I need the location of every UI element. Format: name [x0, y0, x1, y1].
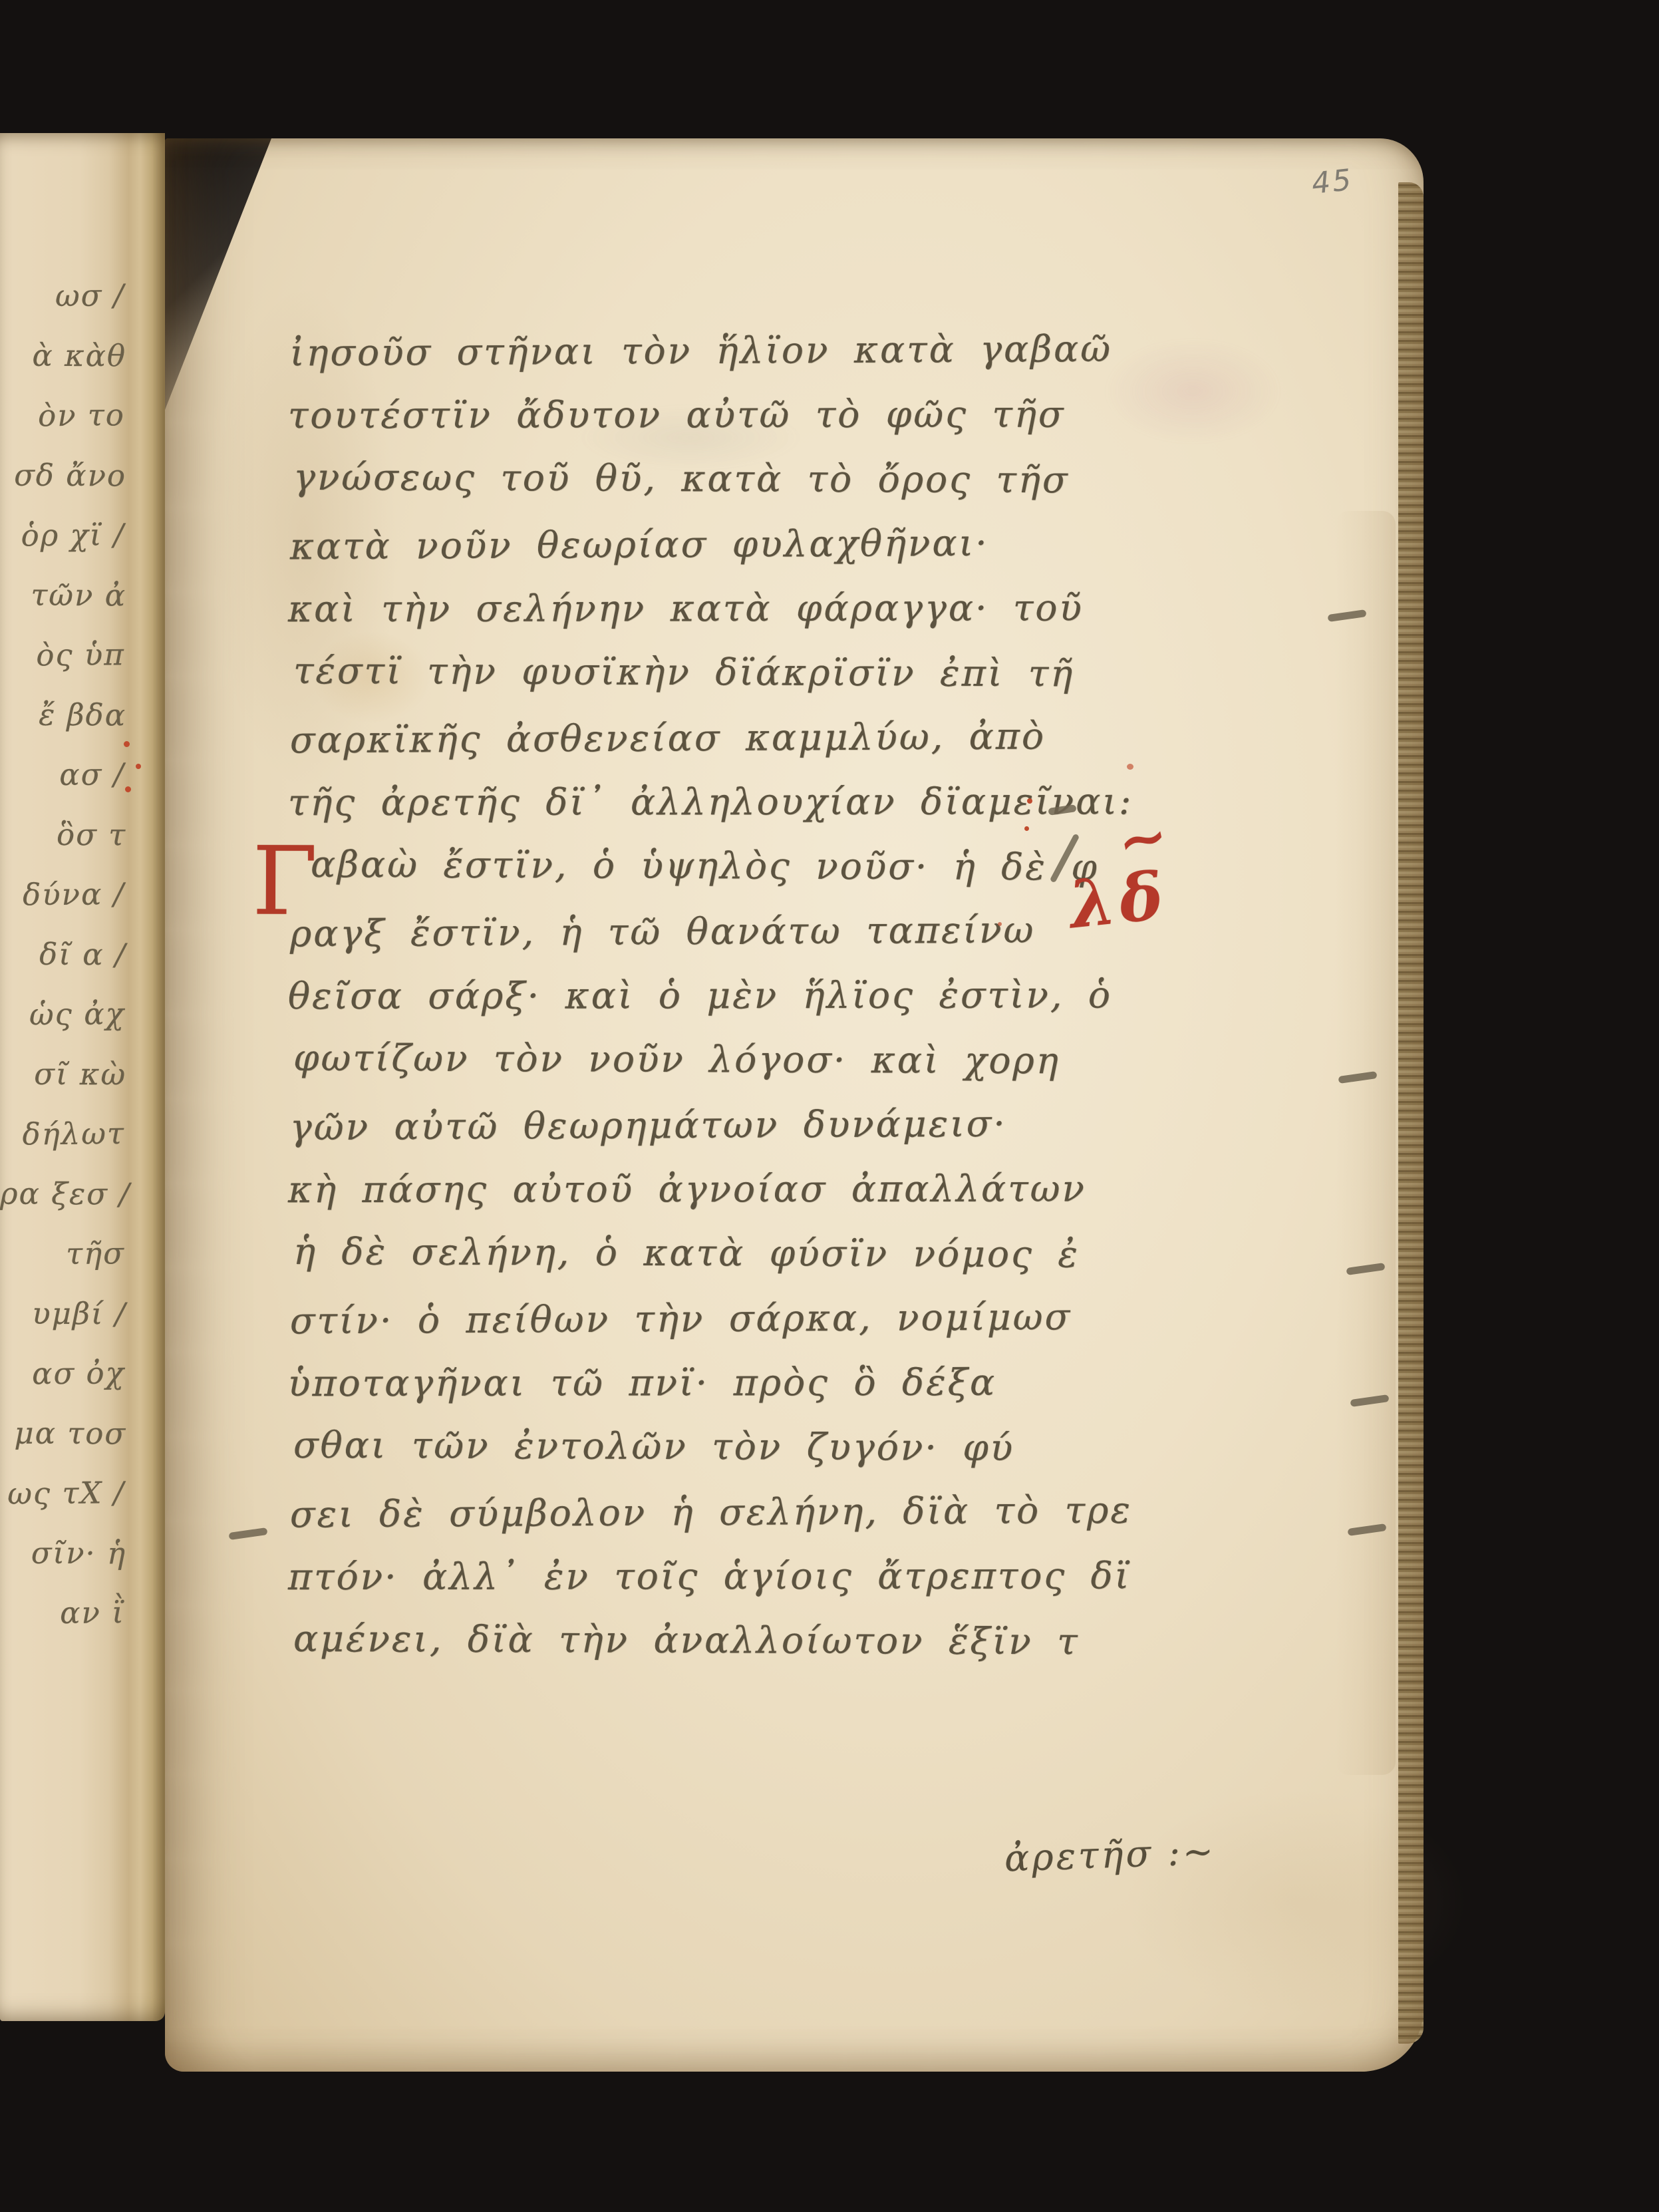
chapter-closing-flourish: ἀρετῆσ :~	[1004, 1829, 1217, 1879]
manuscript-page: ἰησοῦσ στῆναι τὸν ἥλϊον κατὰ γαβαῶ τουτέ…	[165, 138, 1424, 2072]
verso-fragment: ὁρ χϊ ∕	[0, 517, 125, 578]
text-line: τέστϊ τὴν φυσϊκὴν δϊάκρϊσϊν ἐπὶ τῆ	[293, 649, 1398, 718]
verso-fragment: σῖ κὼ	[0, 1056, 126, 1117]
verso-fragment: σδ ἄνο	[0, 458, 126, 518]
red-ink-speck	[1027, 798, 1032, 804]
red-ink-speck	[125, 786, 131, 792]
text-line: τῆς ἀρετῆς δϊ᾽ ἀλληλουχίαν δϊαμεῖναι:	[288, 780, 1392, 846]
text-line: τουτέστϊν ἄδυτον αὐτῶ τὸ φῶς τῆσ	[288, 393, 1392, 458]
verso-fragment: τῆσ	[0, 1235, 125, 1297]
text-line: κὴ πάσης αὐτοῦ ἀγνοίασ ἀπαλλάτων	[288, 1167, 1392, 1233]
verso-fragment: ως τΧ ∕	[0, 1475, 125, 1536]
text-line: θεῖσα σάρξ· καὶ ὁ μὲν ἥλϊος ἐστὶν, ὁ	[288, 973, 1392, 1039]
verso-fragment: ωσ ∕	[0, 277, 125, 339]
text-line: γνώσεως τοῦ θῦ, κατὰ τὸ ὄρος τῆσ	[293, 456, 1398, 524]
text-line: αμένει, δϊὰ τὴν ἀναλλοίωτον ἕξϊν τ	[293, 1617, 1398, 1686]
verso-fragment: σῖν· ἡ	[0, 1535, 126, 1596]
verso-fragment: ασ ∕	[0, 756, 125, 818]
verso-fragment: ὸς ὑπ	[0, 637, 125, 698]
text-line: ἡ δὲ σελήνη, ὁ κατὰ φύσϊν νόμος ἐ	[293, 1230, 1398, 1299]
text-line: ἰησοῦσ στῆναι τὸν ἥλϊον κατὰ γαβαῶ	[290, 326, 1394, 396]
red-ink-speck	[124, 741, 130, 747]
page-fore-edge	[1398, 182, 1424, 2044]
folio-number: 45	[1310, 163, 1355, 201]
facing-page-text-fragments: ωσ ∕ ὰ κὰθ ὸν το σδ ἄνο ὁρ χϊ ∕ τῶν ἀ ὸς…	[0, 278, 126, 1655]
text-line: ραγξ ἔστϊν, ἡ τῶ θανάτω ταπείνω	[290, 907, 1394, 977]
verso-fragment: δήλωτ	[0, 1116, 125, 1177]
text-line: πτόν· ἀλλ᾽ ἐν τοῖς ἁγίοις ἄτρεπτος δϊ	[288, 1554, 1392, 1620]
text-line: γῶν αὐτῶ θεωρημάτων δυνάμεισ·	[290, 1100, 1394, 1171]
verso-fragment: αν ῒ	[0, 1595, 125, 1656]
verso-fragment: ασ ὀχ	[0, 1355, 125, 1416]
facing-page-sliver: ωσ ∕ ὰ κὰθ ὸν το σδ ἄνο ὁρ χϊ ∕ τῶν ἀ ὸς…	[0, 133, 165, 2021]
red-ink-speck	[998, 922, 1002, 926]
verso-fragment: δῖ α ∕	[0, 937, 126, 997]
verso-fragment: υμβί ∕	[0, 1296, 126, 1356]
red-ink-speck	[1024, 826, 1029, 831]
chapter-number-marginal: λδ	[1066, 858, 1170, 944]
text-block: ἰησοῦσ στῆναι τὸν ἥλϊον κατὰ γαβαῶ τουτέ…	[290, 329, 1394, 1684]
red-ink-speck	[1127, 764, 1133, 770]
text-line: ὑποταγῆναι τῶ πνϊ· πρὸς ὃ δέξα	[288, 1360, 1392, 1426]
manuscript-photo: ωσ ∕ ὰ κὰθ ὸν το σδ ἄνο ὁρ χϊ ∕ τῶν ἀ ὸς…	[0, 0, 1659, 2212]
verso-fragment: ὡς ἀχ	[0, 996, 125, 1057]
verso-fragment: μα τοσ	[0, 1416, 126, 1476]
verso-fragment: ἔ βδα	[0, 697, 126, 758]
verso-fragment: ὃσ τ	[0, 817, 126, 877]
verso-fragment: δύνα ∕	[0, 876, 125, 937]
text-line-chapter-start: Γαβαὼ ἔστϊν, ὁ ὑψηλὸς νοῦσ· ἡ δὲ φ	[293, 843, 1398, 911]
verso-fragment: ὸν το	[0, 397, 125, 458]
red-ink-speck	[136, 764, 141, 769]
text-line: σθαι τῶν ἐντολῶν τὸν ζυγόν· φύ	[293, 1424, 1398, 1492]
text-line: αβαὼ ἔστϊν, ὁ ὑψηλὸς νοῦσ· ἡ δὲ φ	[311, 843, 1099, 889]
text-line: σει δὲ σύμβολον ἡ σελήνη, δϊὰ τὸ τρε	[290, 1488, 1394, 1558]
text-line: φωτίζων τὸν νοῦν λόγοσ· καὶ χορη	[293, 1036, 1398, 1105]
text-line: καὶ τὴν σελήνην κατὰ φάραγγα· τοῦ	[288, 586, 1392, 652]
verso-fragment: ρα ξεσ ∕	[0, 1176, 126, 1237]
gutter-shadow	[165, 138, 271, 410]
verso-fragment: ὰ κὰθ	[0, 338, 126, 398]
text-line: κατὰ νοῦν θεωρίασ φυλαχθῆναι·	[290, 520, 1394, 590]
verso-fragment: τῶν ἀ	[0, 577, 126, 638]
text-line: στίν· ὁ πείθων τὴν σάρκα, νομίμωσ	[290, 1294, 1394, 1364]
text-line: σαρκϊκῆς ἀσθενείασ καμμλύω, ἀπὸ	[290, 713, 1394, 784]
